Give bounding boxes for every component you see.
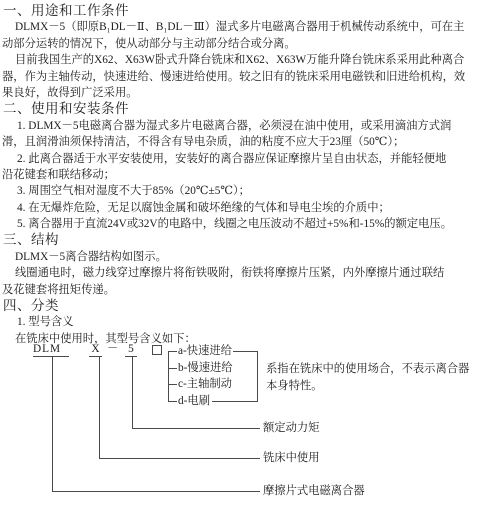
option-b-tick-line	[168, 368, 177, 369]
model-prefix-code: DLM	[33, 343, 69, 357]
option-a-label: a-快速进给	[178, 345, 232, 357]
option-d-label: d-电刷	[178, 395, 210, 407]
type-vertical-line	[52, 356, 53, 492]
option-d-tick-line	[168, 401, 177, 402]
section-heading-1: 一、用途和工作条件	[0, 3, 480, 19]
option-c-tick-line	[168, 384, 177, 385]
model-torque-code: 5	[125, 343, 137, 357]
type-horizontal-line	[52, 491, 260, 492]
document-page: 一、用途和工作条件 DLMX－5（即原B₁DL－Ⅱ、B₁DL－Ⅲ）湿式多片电磁离…	[0, 0, 480, 532]
model-dash: －	[107, 343, 118, 356]
text-line: 5. 离合器用于直流24V或32V的电路中，线圈之电压波动不超过+5%和-15%…	[0, 216, 480, 232]
model-designation-diagram: DLM X － 5 a-快速进给 b-慢速进给 c-主轴制动 d-电刷 系指在铣…	[0, 340, 480, 532]
torque-vertical-line	[132, 356, 133, 428]
text-line: 沿花键套和联结移动；	[0, 167, 480, 183]
text-line: 线圈通电时，磁力线穿过摩擦片将衔铁吸附，衔铁将摩擦片压紧，内外摩擦片通过联结	[0, 265, 480, 281]
options-bracket-right-line	[257, 351, 258, 402]
option-c-label: c-主轴制动	[178, 378, 232, 390]
text-line: 及花键套将扭矩传递。	[0, 282, 480, 298]
text-block: 一、用途和工作条件 DLMX－5（即原B₁DL－Ⅱ、B₁DL－Ⅲ）湿式多片电磁离…	[0, 3, 480, 347]
text-line: 3. 周围空气相对湿度不大于85%（20℃±5℃）；	[0, 183, 480, 199]
torque-meaning-label: 额定动力矩	[263, 422, 320, 434]
text-line: 1. DLMX－5电磁离合器为湿式多片电磁离合器，必须浸在油中使用，或采用滴油方…	[0, 118, 480, 134]
text-line: 4. 在无爆炸危险，无足以腐蚀金属和破坏绝缘的气体和导电尘埃的介质中；	[0, 200, 480, 216]
text-line: 1. 型号含义	[0, 314, 480, 330]
option-a-extension-line	[233, 351, 257, 352]
options-note: 系指在铣床中的使用场合，不表示离合器本身特性。	[266, 361, 474, 394]
section-heading-3: 三、结构	[0, 232, 480, 248]
text-line: 动部分运转的情况下，使从动部分与主动部分结合或分离。	[0, 36, 480, 52]
text-line: DLMX－5（即原B₁DL－Ⅱ、B₁DL－Ⅲ）湿式多片电磁离合器用于机械传动系统…	[0, 19, 480, 35]
text-line: 器，作为主轴传动，快速进给、慢速进给使用。较之旧有的铣床采用电磁铁和旧进给机构，…	[0, 69, 480, 85]
usage-horizontal-line	[99, 458, 260, 459]
suffix-placeholder-box-icon	[152, 345, 162, 355]
options-bracket-left-line	[168, 351, 169, 402]
section-heading-4: 四、分类	[0, 298, 480, 314]
model-series-code: X	[89, 343, 102, 357]
text-line: 2. 此离合器适于水平安装使用，安装好的离合器应保证摩擦片呈自由状态，并能轻便地	[0, 151, 480, 167]
text-line: 目前我国生产的X62、X63W卧式升降台铣床和X62、X63W万能升降台铣床系采…	[0, 52, 480, 68]
option-a-tick-line	[168, 351, 177, 352]
usage-meaning-label: 铣床中使用	[263, 452, 320, 464]
option-b-label: b-慢速进给	[178, 362, 233, 374]
text-line: 滑，且润滑油须保持清洁，不得含有导电杂质，油的粘度不应大于23厘（50℃）；	[0, 134, 480, 150]
type-meaning-label: 摩擦片式电磁离合器	[263, 485, 365, 497]
section-heading-2: 二、使用和安装条件	[0, 101, 480, 117]
option-d-extension-line	[212, 401, 257, 402]
usage-vertical-line	[99, 356, 100, 459]
text-line: 果良好，故得到广泛采用。	[0, 85, 480, 101]
torque-horizontal-line	[132, 428, 260, 429]
text-line: DLMX－5离合器结构如图示。	[0, 249, 480, 265]
